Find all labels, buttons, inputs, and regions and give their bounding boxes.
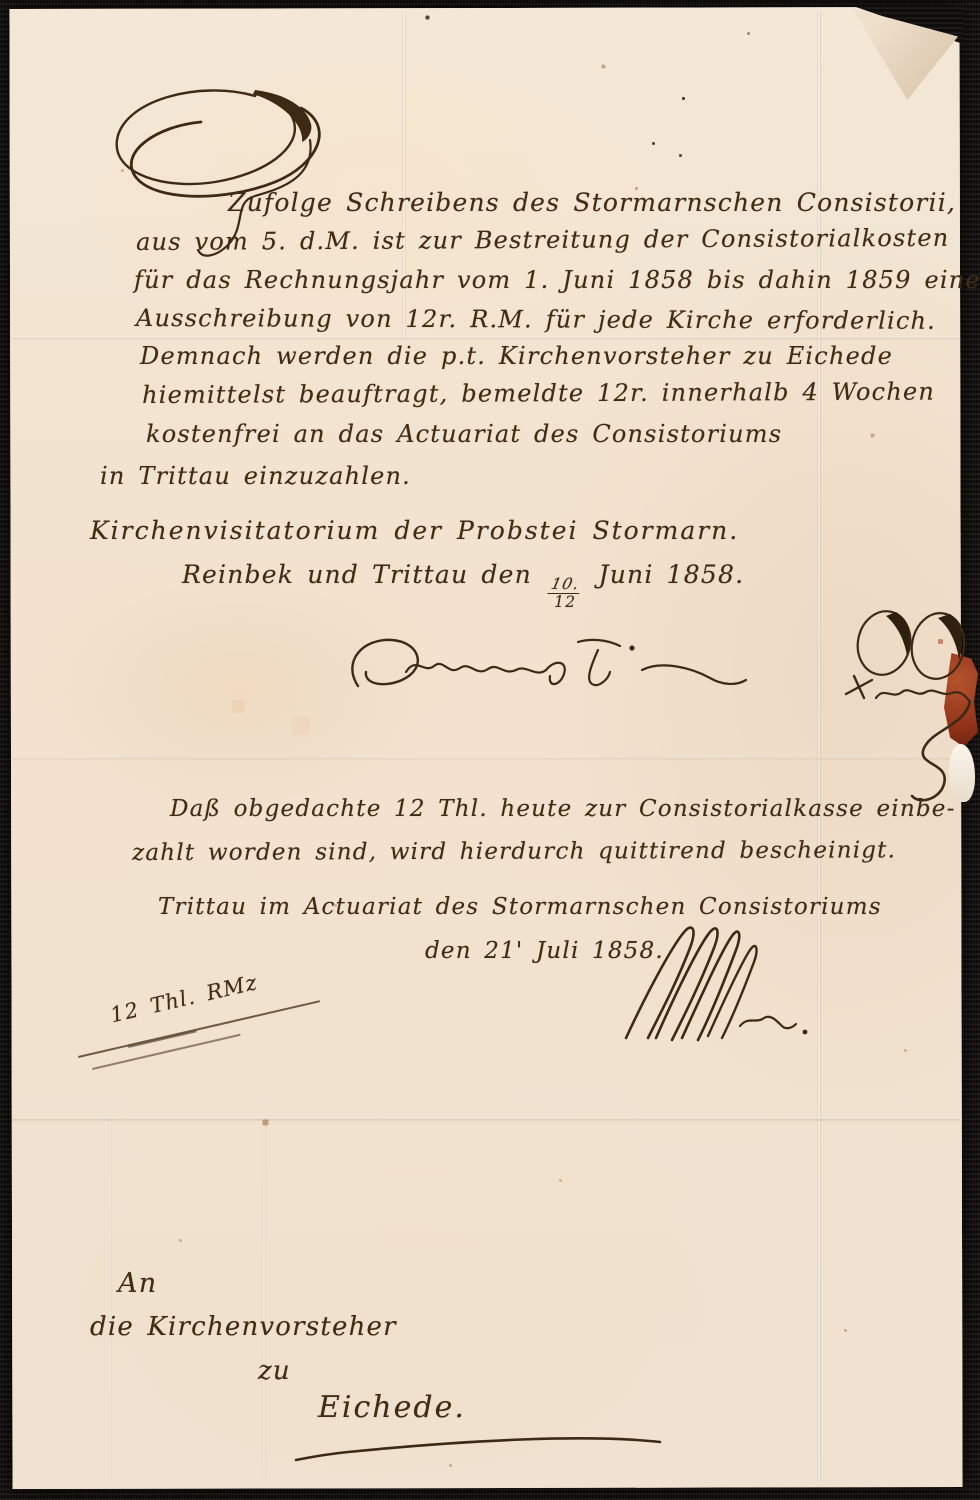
date-fraction-denominator: 12 [554,594,576,610]
date-fraction: 10.12 [549,577,581,609]
eichede-underline-icon [288,1432,668,1466]
fold-crease-horizontal [12,336,960,340]
fold-crease-vertical [108,1118,112,1480]
dateline-prefix: Reinbek und Trittau den [182,560,532,589]
body-line: aus vom 5. d.M. ist zur Bestreitung der … [136,224,949,256]
signature-right-icon [812,598,977,813]
fold-crease-vertical [262,1118,266,1480]
receipt-line: Daß obgedachte 12 Thl. heute zur Consist… [170,796,956,822]
body-line: Ausschreibung von 12r. R.M. für jede Kir… [136,304,936,335]
address-preposition: zu [258,1356,291,1386]
body-line: in Trittau einzuzahlen. [100,462,411,490]
body-line: für das Rechnungsjahr vom 1. Juni 1858 b… [134,266,980,294]
document-scan: Zufolge Schreibens des Stormarnschen Con… [0,0,980,1500]
body-line: Zufolge Schreibens des Stormarnschen Con… [228,188,956,217]
place-date-line: Reinbek und Trittau den 10.12 Juni 1858. [182,560,744,609]
signature-left-icon [340,628,780,718]
foxing-spots [0,0,1,1]
receipt-line: Trittau im Actuariat des Stormarnschen C… [158,894,882,920]
body-line: kostenfrei an das Actuariat des Consisto… [146,420,782,448]
address-recipient: die Kirchenvorsteher [90,1312,397,1342]
date-fraction-numerator: 10. [547,577,583,594]
receipt-line: zahlt worden sind, wird hierdurch quitti… [132,837,896,866]
closing-line: Kirchenvisitatorium der Probstei Stormar… [90,516,739,545]
receipt-signature-icon [612,922,812,1042]
fold-crease-horizontal [12,1117,960,1121]
address-salutation: An [118,1268,157,1299]
address-place: Eichede. [318,1390,466,1425]
body-line: Demnach werden die p.t. Kirchenvorsteher… [140,342,893,370]
body-line: hiemittelst beauftragt, bemeldte 12r. in… [142,378,935,409]
dateline-suffix: Juni 1858. [599,560,745,589]
